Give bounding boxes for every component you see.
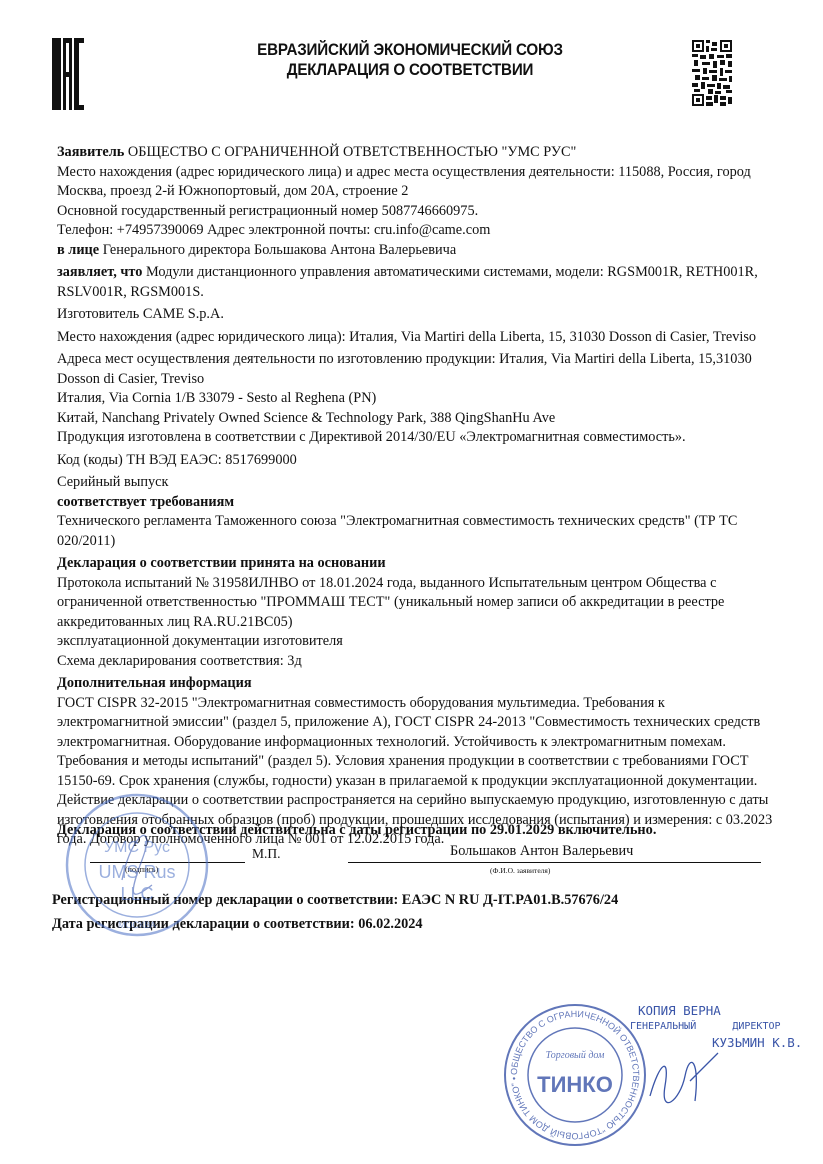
applicant-label: Заявитель: [57, 144, 124, 160]
eac-logo-icon: [52, 38, 84, 110]
person-label: в лице: [57, 242, 99, 258]
declares-label: заявляет, что: [57, 264, 142, 280]
signer-name-line: [348, 862, 761, 863]
declaration-title: ДЕКЛАРАЦИЯ О СООТВЕТСТВИИ: [171, 60, 649, 80]
applicant-person: в лице Генерального директора Большакова…: [57, 241, 777, 261]
hs-code: Код (коды) ТН ВЭД ЕАЭС: 8517699000: [57, 451, 777, 471]
declares-line: заявляет, что Модули дистанционного упра…: [57, 263, 777, 302]
signer-name: Большаков Антон Валерьевич: [450, 843, 633, 860]
seal-place-label: М.П.: [252, 846, 281, 862]
basis-label: Декларация о соответствии принята на осн…: [57, 555, 386, 571]
manufacturer: Изготовитель CAME S.p.A.: [57, 305, 777, 325]
applicant-address: Место нахождения (адрес юридического лиц…: [57, 163, 777, 202]
directive: Продукция изготовлена в соответствии с Д…: [57, 428, 777, 448]
product-description: Модули дистанционного управления автомат…: [57, 264, 758, 300]
validity-statement: Декларация о соответствии действительна …: [57, 822, 656, 839]
copy-director-title: ГЕНЕРАЛЬНЫЙ ДИРЕКТОР: [630, 1019, 810, 1035]
declaration-scheme: Схема декларирования соответствия: 3д: [57, 652, 777, 672]
declaration-body: Заявитель ОБЩЕСТВО С ОГРАНИЧЕННОЙ ОТВЕТС…: [57, 143, 777, 850]
person-name: Генерального директора Большакова Антона…: [99, 242, 456, 258]
signature-caption: (подпись): [125, 865, 158, 874]
copy-certified-text: КОПИЯ ВЕРНА: [630, 1003, 810, 1019]
svg-text:Торговый дом: Торговый дом: [546, 1050, 605, 1061]
copy-director-name: КУЗЬМИН К.В.: [630, 1035, 810, 1051]
qr-code-icon: [692, 40, 732, 106]
document-header: ЕВРАЗИЙСКИЙ ЭКОНОМИЧЕСКИЙ СОЮЗ ДЕКЛАРАЦИ…: [0, 0, 823, 140]
applicant-line: Заявитель ОБЩЕСТВО С ОГРАНИЧЕННОЙ ОТВЕТС…: [57, 143, 777, 163]
signature-line: [90, 862, 245, 863]
production-site-3: Китай, Nanchang Privately Owned Science …: [57, 409, 777, 429]
director-signature-icon: [640, 1051, 720, 1111]
svg-text:ОБЩЕСТВО С ОГРАНИЧЕННОЙ ОТВЕТС: ОБЩЕСТВО С ОГРАНИЧЕННОЙ ОТВЕТСТВЕННОСТЬЮ…: [500, 1000, 641, 1141]
production-site-2: Италия, Via Cornia 1/B 33079 - Sesto al …: [57, 389, 777, 409]
series-type: Серийный выпуск: [57, 473, 777, 493]
union-title: ЕВРАЗИЙСКИЙ ЭКОНОМИЧЕСКИЙ СОЮЗ: [171, 40, 649, 60]
tinko-stamp-icon: ОБЩЕСТВО С ОГРАНИЧЕННОЙ ОТВЕТСТВЕННОСТЬЮ…: [500, 1000, 650, 1150]
certified-copy-stamp: КОПИЯ ВЕРНА ГЕНЕРАЛЬНЫЙ ДИРЕКТОР КУЗЬМИН…: [630, 1003, 810, 1115]
applicant-contacts: Телефон: +74957390069 Адрес электронной …: [57, 221, 777, 241]
production-site-1: Адреса мест осуществления деятельности п…: [57, 350, 777, 389]
signer-caption: (Ф.И.О. заявителя): [490, 866, 550, 875]
technical-regulation: Технического регламента Таможенного союз…: [57, 512, 777, 551]
svg-text:ТИНКО: ТИНКО: [537, 1072, 613, 1097]
applicant-ogrn: Основной государственный регистрационный…: [57, 202, 777, 222]
document-title: ЕВРАЗИЙСКИЙ ЭКОНОМИЧЕСКИЙ СОЮЗ ДЕКЛАРАЦИ…: [171, 40, 649, 80]
complies-label: соответствует требованиям: [57, 494, 234, 510]
applicant-name: ОБЩЕСТВО С ОГРАНИЧЕННОЙ ОТВЕТСТВЕННОСТЬЮ…: [124, 144, 576, 160]
registration-number: Регистрационный номер декларации о соотв…: [52, 892, 618, 909]
registration-date: Дата регистрации декларации о соответств…: [52, 916, 423, 933]
additional-info-label: Дополнительная информация: [57, 675, 252, 691]
manufacturer-address: Место нахождения (адрес юридического лиц…: [57, 328, 777, 348]
manufacturer-docs: эксплуатационной документации изготовите…: [57, 632, 777, 652]
test-protocol-basis: Протокола испытаний № 31958ИЛНВО от 18.0…: [57, 574, 777, 633]
